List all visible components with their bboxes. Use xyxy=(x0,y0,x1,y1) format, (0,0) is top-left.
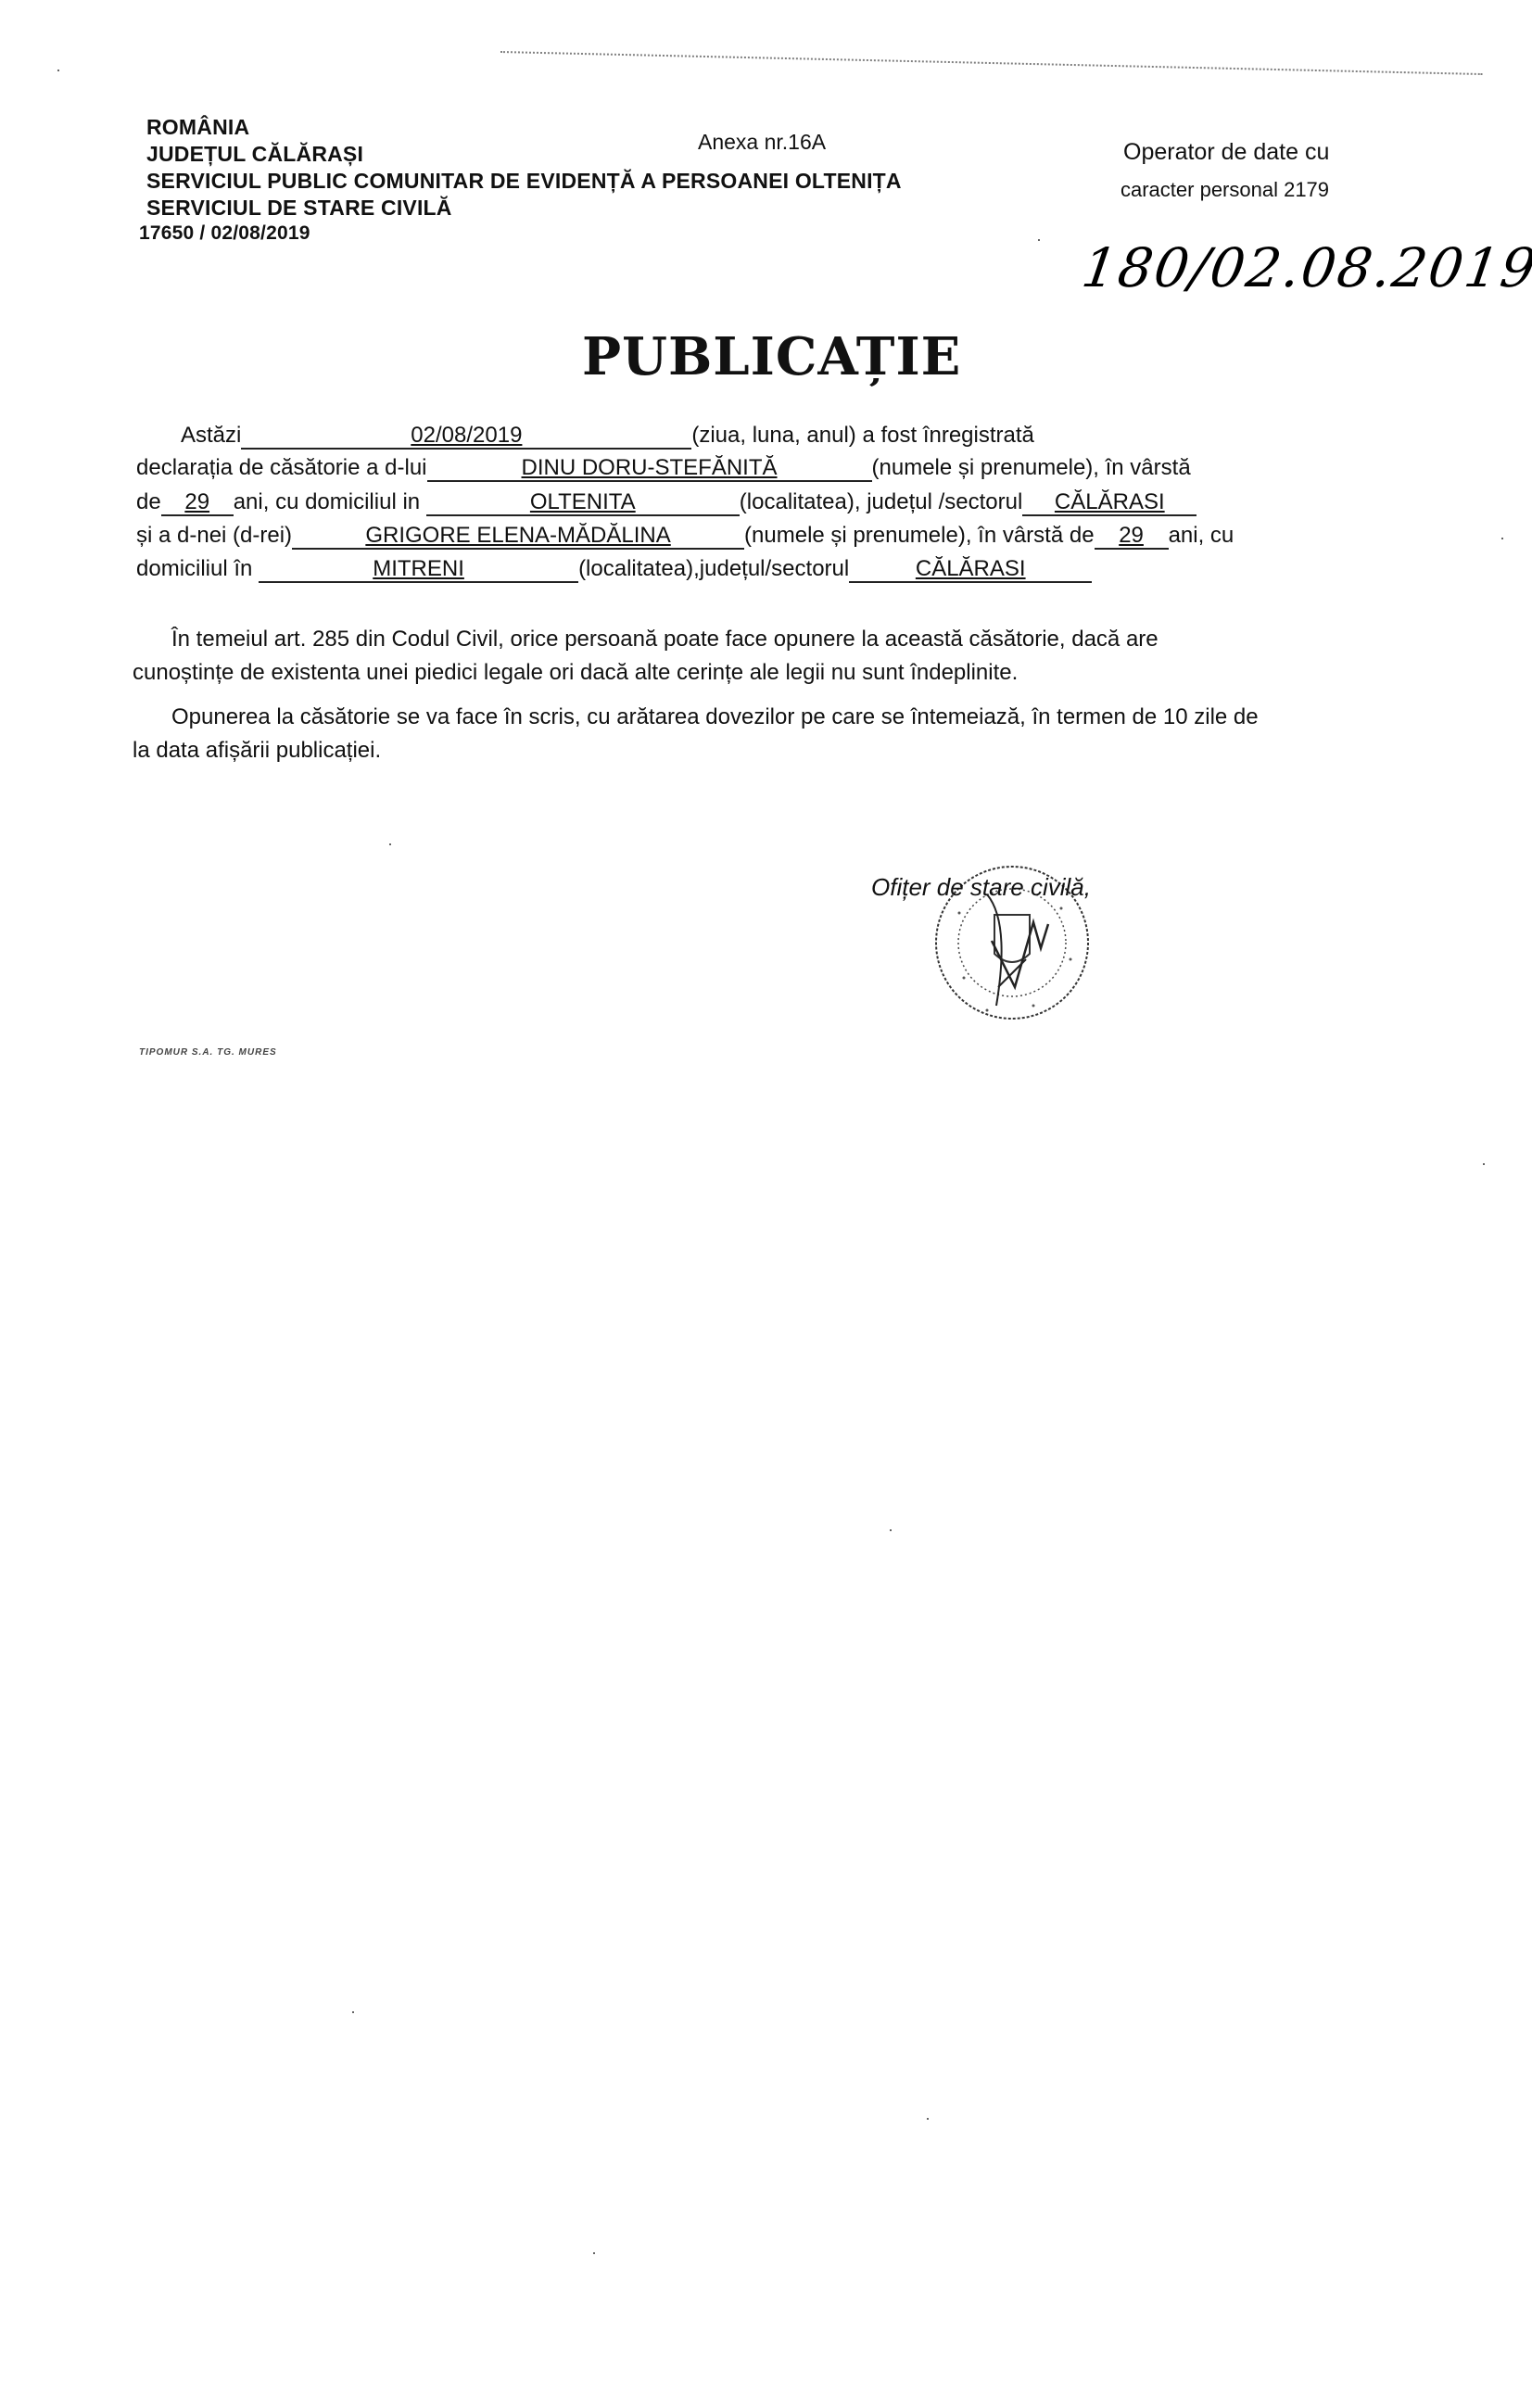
scan-speck xyxy=(1483,1163,1485,1165)
today-label: Astăzi xyxy=(181,423,241,448)
name-suffix: (numele și prenumele), în vârstă xyxy=(872,455,1191,480)
printer-mark: TIPOMUR S.A. TG. MURES xyxy=(139,1047,277,1058)
header-civil-service: SERVICIUL DE STARE CIVILĂ xyxy=(146,196,452,221)
scan-speck xyxy=(352,2011,354,2013)
scan-speck xyxy=(927,2118,929,2120)
declaration-label: declarația de căsătorie a d-lui xyxy=(136,455,427,480)
groom-age-field: 29 xyxy=(161,490,234,516)
legal-paragraph-2-line-2: la data afișării publicației. xyxy=(133,738,381,764)
bride-county-field: CĂLĂRASI xyxy=(849,557,1092,583)
bride-locality-suffix: (localitatea),județul/sectorul xyxy=(578,556,849,581)
groom-locality-suffix: (localitatea), județul /sectorul xyxy=(740,489,1022,514)
operator-line-2: caracter personal 2179 xyxy=(1121,178,1329,202)
scan-speck xyxy=(389,843,391,845)
header-county: JUDEȚUL CĂLĂRAȘI xyxy=(146,142,363,167)
date-field: 02/08/2019 xyxy=(241,424,691,450)
groom-name-field: DINU DORU-STEFĂNITĂ xyxy=(427,456,872,482)
bride-age-suffix: ani, cu xyxy=(1169,523,1234,548)
body-line-bride: și a d-nei (d-rei)GRIGORE ELENA-MĂDĂLINA… xyxy=(136,523,1234,550)
scanner-edge-line xyxy=(500,51,1483,75)
groom-locality-field: OLTENITA xyxy=(426,490,740,516)
body-line-bride-domicile: domiciliul în MITRENI(localitatea),județ… xyxy=(136,556,1092,583)
scan-speck xyxy=(890,1529,892,1531)
legal-paragraph-1-line-2: cunoștințe de existenta unei piedici leg… xyxy=(133,660,1018,686)
header-service: SERVICIUL PUBLIC COMUNITAR DE EVIDENȚĂ A… xyxy=(146,169,902,194)
groom-domicile-label: ani, cu domiciliul in xyxy=(234,489,420,514)
bride-age-field: 29 xyxy=(1095,524,1169,550)
body-line-groom: declarația de căsătorie a d-luiDINU DORU… xyxy=(136,455,1191,482)
bride-label: și a d-nei (d-rei) xyxy=(136,523,292,548)
bride-locality-field: MITRENI xyxy=(259,557,578,583)
legal-paragraph-2-line-1: Opunerea la căsătorie se va face în scri… xyxy=(171,704,1259,730)
document-title: PUBLICAȚIE xyxy=(582,326,961,387)
scan-speck xyxy=(1038,239,1040,241)
date-suffix: (ziua, luna, anul) a fost înregistrată xyxy=(691,423,1034,448)
annex-label: Anexa nr.16A xyxy=(698,130,826,155)
bride-domicile-label: domiciliul în xyxy=(136,556,252,581)
handwritten-registration: 180/02.08.2019. xyxy=(1078,236,1532,299)
scan-speck xyxy=(1501,538,1503,539)
bride-name-suffix: (numele și prenumele), în vârstă de xyxy=(744,523,1095,548)
scan-speck xyxy=(593,2252,595,2254)
civil-officer-label: Ofițer de stare civilă, xyxy=(871,873,1091,902)
registration-number: 17650 / 02/08/2019 xyxy=(139,222,310,245)
body-line-date: Astăzi02/08/2019(ziua, luna, anul) a fos… xyxy=(181,423,1034,450)
age-prefix: de xyxy=(136,489,161,514)
header-country: ROMÂNIA xyxy=(146,115,249,140)
groom-county-field: CĂLĂRASI xyxy=(1022,490,1196,516)
operator-line-1: Operator de date cu xyxy=(1123,139,1329,166)
body-line-groom-domicile: de29ani, cu domiciliul in OLTENITA(local… xyxy=(136,489,1196,516)
scan-speck xyxy=(57,70,59,71)
bride-name-field: GRIGORE ELENA-MĂDĂLINA xyxy=(292,524,744,550)
legal-paragraph-1-line-1: În temeiul art. 285 din Codul Civil, ori… xyxy=(171,627,1158,653)
